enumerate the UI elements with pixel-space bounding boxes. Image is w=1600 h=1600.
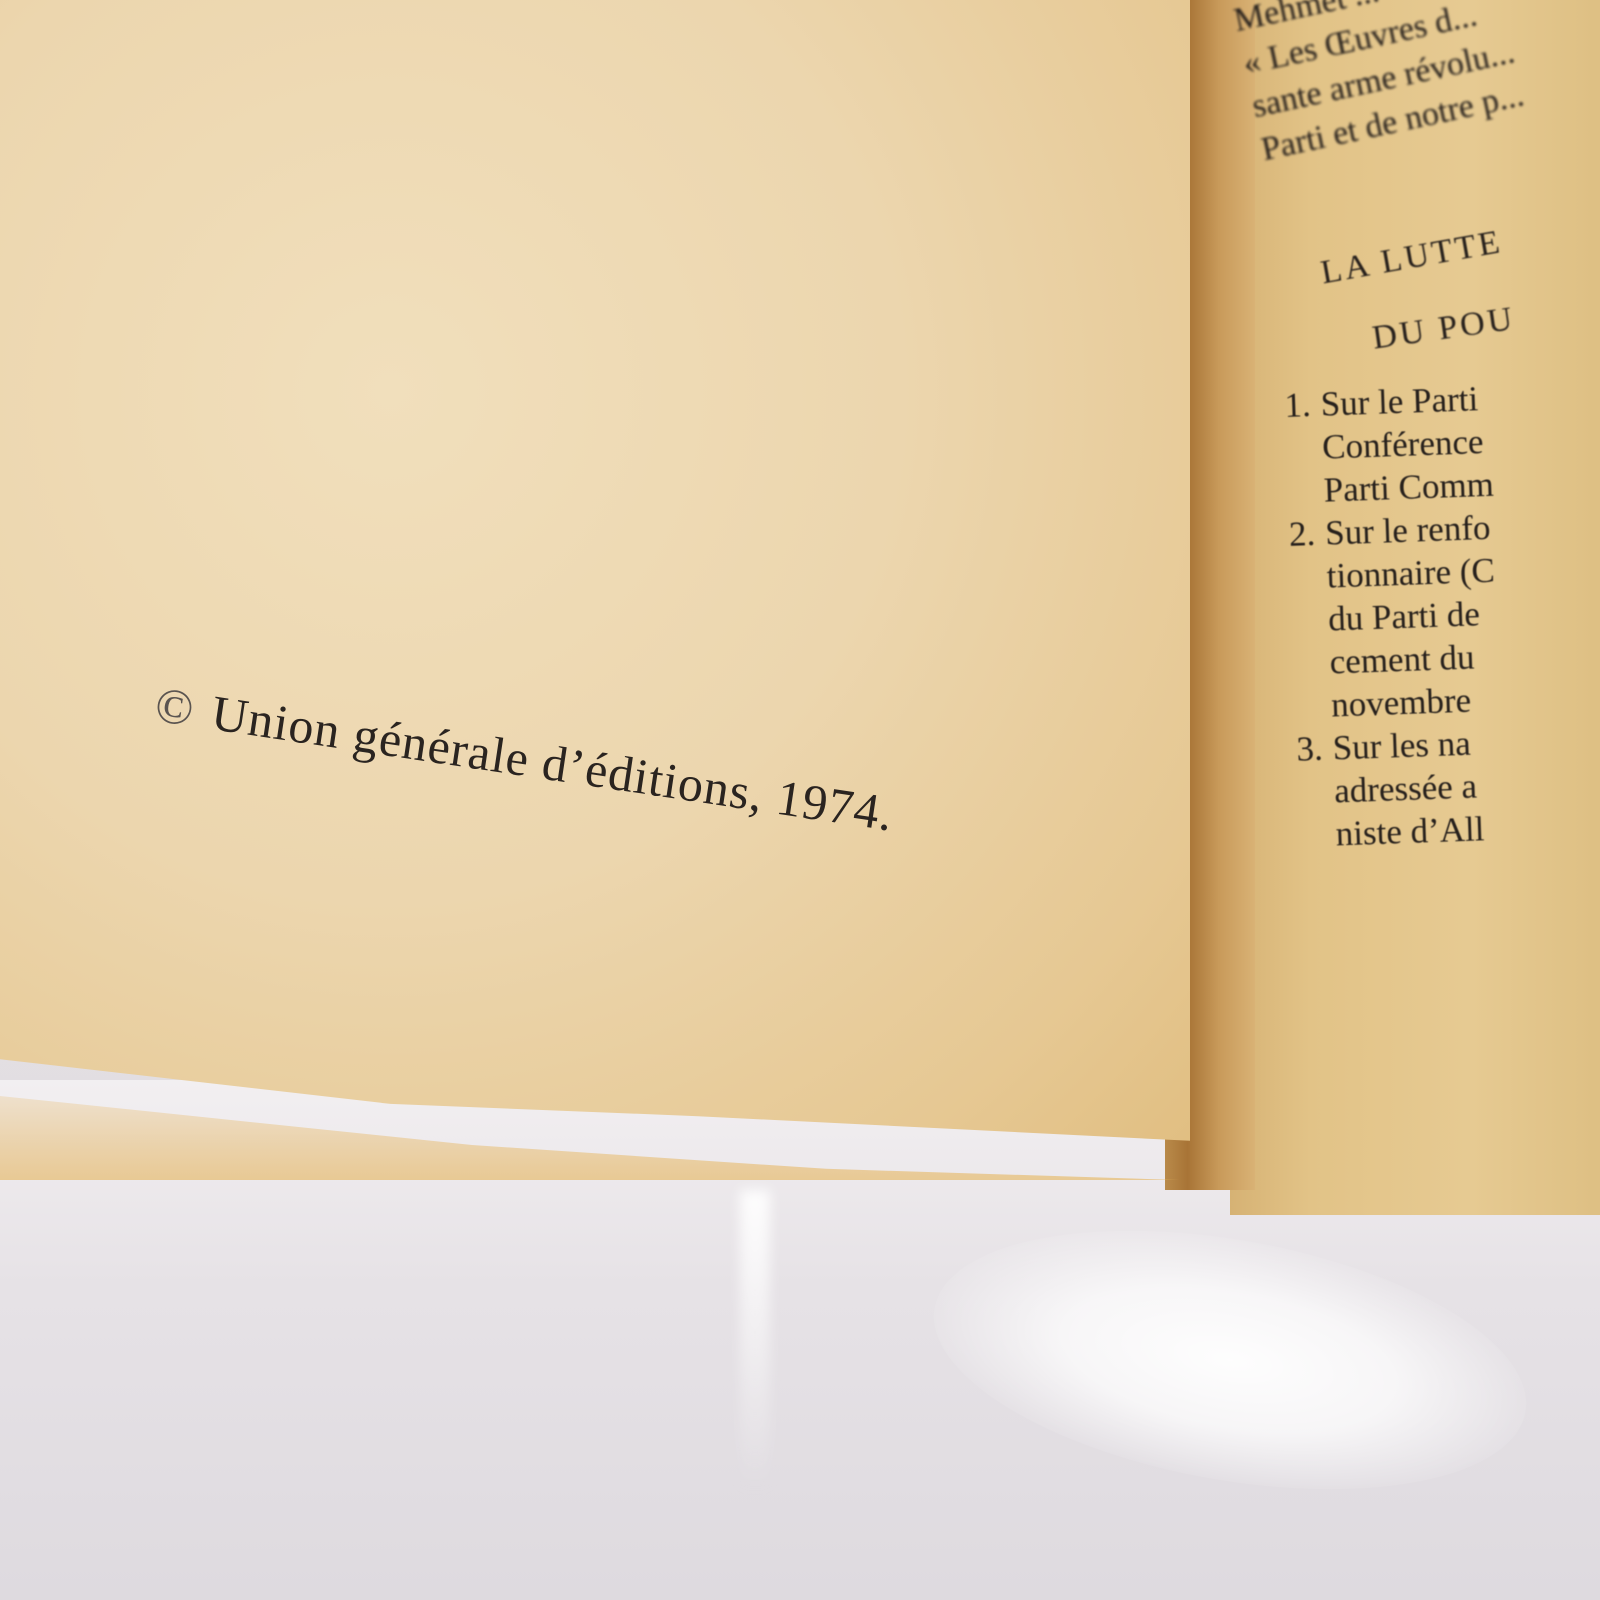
table-of-contents: 1. Sur le Parti Conférence Parti Comm 2.… — [1255, 377, 1507, 858]
copyright-icon: © — [152, 676, 199, 737]
toc-number: 2. — [1260, 512, 1332, 729]
toc-line: Sur le Parti — [1320, 377, 1492, 426]
toc-line: novembre — [1330, 678, 1500, 727]
toc-line: tionnaire (C — [1326, 549, 1496, 598]
toc-number: 3. — [1267, 727, 1336, 858]
toc-line: Parti Comm — [1323, 463, 1495, 512]
toc-line: du Parti de — [1327, 592, 1497, 641]
toc-line: niste d’All — [1335, 807, 1485, 855]
toc-line: cement du — [1329, 635, 1499, 684]
toc-line: Sur le renfo — [1324, 506, 1494, 555]
toc-item: 1. Sur le Parti Conférence Parti Comm — [1255, 377, 1495, 514]
toc-line: adressée a — [1333, 764, 1483, 812]
toc-line: Conférence — [1321, 420, 1493, 469]
light-streak — [740, 1190, 770, 1490]
toc-item: 3. Sur les na adressée a niste d’All — [1267, 721, 1507, 858]
toc-item: 2. Sur le renfo tionnaire (C du Parti de… — [1260, 506, 1503, 729]
toc-line: Sur les na — [1332, 721, 1482, 769]
book-photo-scene: ©Union générale d’éditions, 1974. Mehmet… — [0, 0, 1600, 1600]
toc-number: 1. — [1255, 383, 1324, 514]
left-page — [0, 0, 1190, 1190]
